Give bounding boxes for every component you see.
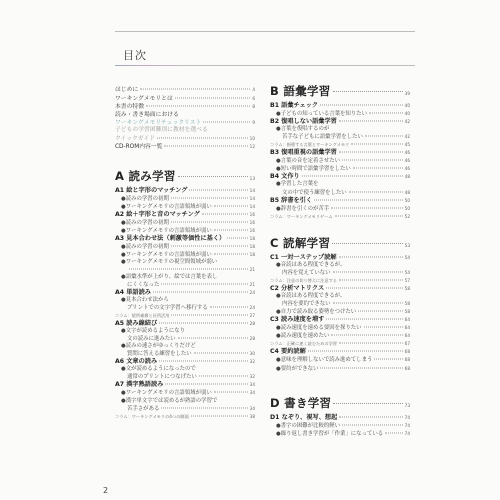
leader-dots: [191, 415, 248, 416]
leader-dots: [302, 176, 403, 177]
entry-label-line2: 苦手さがある: [127, 406, 159, 413]
column-note-entry[interactable]: コラム：般所補償と長所活用27: [115, 312, 255, 320]
topic-entry[interactable]: ●意味を理解しないで読み進めてしまう68: [270, 356, 410, 364]
leader-dots: [178, 337, 248, 338]
section-entry[interactable]: A5 読み線結び28: [115, 320, 255, 328]
section-entry[interactable]: B1 語彙チェック40: [270, 102, 410, 110]
entry-page: 74: [405, 422, 410, 429]
entry-page: 64: [405, 316, 410, 324]
leader-dots: [320, 367, 402, 368]
topic-entry[interactable]: ●ワーキングメモリの言語領域が弱い34: [115, 389, 255, 397]
leader-dots: [157, 137, 248, 138]
column-note-entry[interactable]: コラム：注意の切り替えに注意する57: [270, 277, 410, 285]
entry-page: 18: [250, 251, 255, 258]
section-entry[interactable]: A2 絵＋字形と音のマッチング16: [115, 211, 255, 219]
topic-entry[interactable]: ●言葉の音を定着させたい46: [270, 157, 410, 165]
leader-dots: [342, 160, 403, 161]
column-note-entry[interactable]: コラム：ワーキングメモリの4つの側面38: [115, 413, 255, 421]
entry-page: 58: [405, 300, 410, 307]
entry-page: 68: [405, 348, 410, 356]
toc-entry[interactable]: はじめに4: [115, 86, 255, 95]
entry-label: D1 なぞり、視写、想起: [270, 414, 337, 422]
entry-label: コラム：注意の切り替えに注意する: [270, 277, 337, 285]
leader-dots: [353, 168, 403, 169]
entry-label-line2: 文の読みに進みたい: [127, 336, 176, 343]
entry-label: B1 語彙チェック: [270, 102, 318, 110]
part-heading-c[interactable]: C 読解学習53: [270, 235, 410, 251]
entry-label-line2: 内容を覚えていない: [282, 270, 331, 277]
part-page: 73: [405, 403, 410, 408]
leader-dots: [199, 376, 248, 377]
entry-page: 54: [405, 269, 410, 276]
topic-entry[interactable]: ●ワーキングメモリの言語領域が弱い16: [115, 227, 255, 235]
topic-entry[interactable]: ●ワーキングメモリの言語領域が弱い14: [115, 203, 255, 211]
entry-label: ●学習した言葉を: [276, 181, 318, 188]
section-entry[interactable]: A7 漢字熟語読み34: [115, 381, 255, 389]
entry-page: 46: [405, 149, 410, 157]
leader-dots: [171, 197, 248, 198]
topic-entry[interactable]: ●読みの学習の初期16: [115, 219, 255, 227]
part-b-items: B1 語彙チェック40●子どもの知っている言葉を知りたい40B2 復唱しない語彙…: [270, 102, 410, 221]
entry-page: 34: [250, 405, 255, 412]
section-entry[interactable]: C1 一対一ステップ読解54: [270, 254, 410, 262]
entry-page: 50: [405, 197, 410, 205]
leader-dots: [369, 113, 403, 114]
topic-entry[interactable]: ●文が読めるようになったので通常のプリントにつなげたい32: [115, 366, 255, 381]
part-label: B 語彙学習: [270, 83, 331, 99]
entry-label: ●読み速度を速める要因を探りたい: [276, 325, 362, 332]
entry-page: 40: [405, 102, 410, 110]
entry-page: 54: [405, 254, 410, 262]
entry-label: ●音読はある程度できるが、: [276, 293, 345, 300]
entry-page: 8: [252, 103, 255, 111]
leader-dots: [335, 215, 403, 216]
leader-dots: [326, 287, 403, 288]
entry-label: 読み・書き場面における: [115, 112, 255, 119]
entry-page: 32: [250, 358, 255, 366]
part-label: D 書き学習: [270, 395, 331, 411]
leader-dots: [161, 407, 247, 408]
part-heading-d[interactable]: D 書き学習73: [270, 395, 410, 411]
toc-right-column: B 語彙学習39 B1 語彙チェック40●子どもの知っている言葉を知りたい40B…: [270, 83, 410, 438]
topic-entry[interactable]: ●文字が読めるようになり文の読みに進みたい28: [115, 328, 255, 343]
entry-label: 本書の特徴: [115, 104, 144, 112]
leader-dots: [331, 207, 402, 208]
topic-entry[interactable]: ●学習した言葉を文の中で使う練習をしたい48: [270, 181, 410, 196]
entry-label-line2: 苦手な子どもに語彙学習をしたい: [282, 134, 363, 141]
leader-dots: [146, 106, 250, 107]
topic-entry[interactable]: ●見本合わせ法からプリントでの文字学習へ移行する24: [115, 297, 255, 312]
entry-page: 16: [250, 227, 255, 234]
entry-label-line2: 文の中で使う練習をしたい: [282, 190, 347, 197]
leader-dots: [339, 256, 403, 257]
entry-page: 6: [252, 95, 255, 103]
entry-page: 9: [252, 119, 255, 127]
leader-dots: [320, 105, 403, 106]
leader-dots: [333, 91, 403, 92]
entry-label: コラム：般所補償と長所活用: [115, 312, 169, 320]
topic-entry[interactable]: ●読み速度を速めたい64: [270, 332, 410, 340]
leader-dots: [342, 424, 403, 425]
leader-dots: [333, 303, 403, 304]
entry-label: ●書字の困難が比較的軽い: [276, 423, 340, 430]
entry-page: 45: [405, 141, 410, 149]
entry-label: ●ワーキングメモリの言語領域が弱い: [121, 390, 212, 397]
entry-label: ●読みの速さがゆっくりだけど: [121, 343, 196, 350]
entry-page: 18: [250, 235, 255, 243]
topic-entry[interactable]: ●要約ができない68: [270, 365, 410, 373]
entry-label: ●音読はある程度できるが、: [276, 262, 345, 269]
part-page: 39: [405, 91, 410, 96]
entry-label-line2: クイックガイド: [115, 136, 155, 144]
entry-label: A4 単語読み: [115, 289, 151, 297]
part-label: C 読解学習: [270, 235, 330, 251]
entry-label: A5 読み線結び: [115, 320, 157, 328]
entry-page: 48: [405, 173, 410, 181]
entry-page: 18: [250, 243, 255, 250]
part-heading-a[interactable]: A 読み学習13: [115, 168, 255, 184]
entry-label: C1 一対一ステップ読解: [270, 254, 337, 262]
leader-dots: [210, 306, 248, 307]
entry-page: 57: [405, 277, 410, 285]
entry-label: ●読みの学習の初期: [121, 220, 169, 227]
entry-page: 16: [250, 219, 255, 226]
page-number: 2: [103, 486, 108, 495]
toc-entry[interactable]: CD-ROM内容一覧12: [115, 143, 255, 152]
topic-entry[interactable]: ●繰り返し書き学習が「作業」になっている74: [270, 430, 410, 438]
leader-dots: [385, 432, 403, 433]
entry-page: 28: [250, 320, 255, 328]
toc-left-column: はじめに4 ワーキングメモリとは6 本書の特徴8 読み・書き場面における ワーキ…: [115, 86, 255, 421]
entry-label: ●ワーキングメモリの言語領域が弱い: [121, 204, 212, 211]
entry-page: 46: [405, 157, 410, 164]
topic-entry[interactable]: ●読みの速さがゆっくりだけど質問に答える練習をしたい30: [115, 343, 255, 358]
topic-entry[interactable]: ●辞書を引くのが苦手50: [270, 205, 410, 213]
entry-label: A1 絵と字形のマッチング: [115, 187, 187, 195]
entry-page: 21: [250, 281, 255, 288]
entry-label: A2 絵＋字形と音のマッチング: [115, 211, 200, 219]
entry-label: コラム：ワーキングメモリの4つの側面: [115, 413, 189, 421]
section-entry[interactable]: C3 読み速度を増す64: [270, 316, 410, 324]
leader-dots: [171, 246, 248, 247]
entry-page: 58: [405, 308, 410, 315]
leader-dots: [227, 238, 247, 239]
topic-entry[interactable]: ●語彙水準が上がり、絵では言葉を表しにくくなった21: [115, 274, 255, 289]
leader-dots: [194, 353, 248, 354]
entry-page: 68: [405, 365, 410, 372]
leader-dots: [314, 199, 403, 200]
part-label: A 読み学習: [115, 168, 176, 184]
entry-page: 27: [250, 312, 255, 320]
leader-dots: [171, 314, 247, 315]
entry-page: 40: [405, 110, 410, 117]
leader-dots: [214, 230, 248, 231]
leader-dots: [339, 121, 403, 122]
section-entry[interactable]: D1 なぞり、視写、想起74: [270, 414, 410, 422]
leader-dots: [129, 269, 248, 270]
entry-label: はじめに: [115, 87, 138, 95]
entry-page: 42: [405, 118, 410, 126]
part-page: 53: [405, 243, 410, 248]
section-entry[interactable]: A3 見本合わせ法（刺激等価性に基く）18: [115, 235, 255, 243]
entry-page: 10: [250, 135, 255, 143]
toc-entry[interactable]: 本書の特徴8: [115, 103, 255, 112]
entry-page: 14: [250, 203, 255, 210]
topic-entry[interactable]: ●音読はある程度できるが、内容を要約できない58: [270, 293, 410, 308]
entry-label: B3 復唱重視の語彙学習: [270, 149, 337, 157]
entry-label: コラム：ワーキングメモリゲーム: [270, 213, 333, 221]
entry-label: ●見本合わせ法から: [121, 297, 169, 304]
leader-dots: [175, 97, 251, 98]
leader-dots: [159, 361, 247, 362]
entry-page: 16: [250, 211, 255, 219]
entry-label: ●辞書を引くのが苦手: [276, 206, 329, 213]
leader-dots: [333, 271, 403, 272]
section-entry[interactable]: B3 復唱重視の語彙学習46: [270, 149, 410, 157]
entry-page: 46: [405, 165, 410, 172]
entry-page: 14: [250, 195, 255, 202]
entry-label: ●言葉の音を定着させたい: [276, 158, 340, 165]
leader-dots: [189, 189, 247, 190]
section-entry[interactable]: C2 分析マトリクス58: [270, 285, 410, 293]
part-a-items: A1 絵と字形のマッチング14●読みの学習の初期14●ワーキングメモリの言語領域…: [115, 187, 255, 421]
leader-dots: [339, 343, 403, 344]
leader-dots: [339, 152, 403, 153]
leader-dots: [153, 291, 248, 292]
entry-page: 28: [250, 335, 255, 342]
entry-page: 34: [250, 381, 255, 389]
part-d-items: D1 なぞり、視写、想起74●書字の困難が比較的軽い74●繰り返し書き学習が「作…: [270, 414, 410, 438]
leader-dots: [364, 327, 403, 328]
entry-page: 14: [250, 187, 255, 195]
entry-page: 52: [405, 213, 410, 221]
entry-label: B5 辞書を引く: [270, 197, 312, 205]
leader-dots: [178, 176, 248, 177]
entry-label: ワーキングメモリとは: [115, 96, 173, 104]
toc-entry[interactable]: 子どもの学習困難別に教材を選べる クイックガイド10: [115, 127, 255, 143]
part-c-items: C1 一対一ステップ読解54●音読はある程度できるが、内容を覚えていない54コラ…: [270, 254, 410, 373]
leader-dots: [140, 89, 250, 90]
leader-dots: [374, 359, 402, 360]
leader-dots: [161, 283, 247, 284]
leader-dots: [331, 335, 402, 336]
entry-label: 子どもの学習困難別に教材を選べる: [115, 127, 255, 134]
entry-label: ●読み速度を速めたい: [276, 333, 329, 340]
topic-entry[interactable]: ●音読はある程度できるが、内容を覚えていない54: [270, 262, 410, 277]
entry-label: ●意味を理解しないで読み進めてしまう: [276, 357, 372, 364]
toc-entry[interactable]: 読み・書き場面における ワーキングメモリチェックリスト9: [115, 112, 255, 128]
part-heading-b[interactable]: B 語彙学習39: [270, 83, 410, 99]
leader-dots: [333, 403, 402, 404]
topic-entry[interactable]: ●自力で読み取る姿勢をつけたい58: [270, 308, 410, 316]
leader-dots: [349, 191, 403, 192]
entry-label: ●文字が読めるようになり: [121, 328, 185, 335]
leader-dots: [171, 221, 248, 222]
section-entry[interactable]: B2 復唱しない語彙学習42: [270, 118, 410, 126]
leader-dots: [339, 279, 403, 280]
entry-label: A7 漢字熟語読み: [115, 381, 163, 389]
leader-dots: [326, 319, 402, 320]
entry-label: CD-ROM内容一覧: [115, 144, 162, 152]
entry-page: 32: [250, 373, 255, 380]
leader-dots: [202, 213, 248, 214]
entry-page: 24: [250, 304, 255, 311]
entry-label: ●読みの学習の初期: [121, 196, 169, 203]
section-entry[interactable]: A4 単語読み24: [115, 289, 255, 297]
entry-label: ●ワーキングメモリの視空間領域が弱い: [121, 259, 217, 266]
entry-label-line2: 内容を要約できない: [282, 301, 331, 308]
entry-page: 34: [250, 389, 255, 396]
topic-entry[interactable]: ●読みの学習の初期18: [115, 243, 255, 251]
entry-page: 4: [252, 86, 255, 94]
entry-label: A3 見本合わせ法（刺激等価性に基く）: [115, 235, 225, 243]
leader-dots: [308, 351, 403, 352]
entry-page: 74: [405, 430, 410, 437]
toc-page: 目次 はじめに4 ワーキングメモリとは6 本書の特徴8 読み・書き場面における …: [0, 0, 500, 500]
entry-label-line2: にくくなった: [127, 282, 159, 289]
topic-entry[interactable]: ●読み速度を速める要因を探りたい64: [270, 324, 410, 332]
topic-entry[interactable]: ●漢字単文字では読めるが熟語の学習で苦手さがある34: [115, 398, 255, 413]
entry-page: 38: [250, 413, 255, 421]
leader-dots: [358, 311, 402, 312]
entry-label: ●語彙水準が上がり、絵では言葉を表し: [121, 274, 217, 281]
topic-entry[interactable]: ●子どもの知っている言葉を知りたい40: [270, 110, 410, 118]
entry-label: ●読みの学習の初期: [121, 244, 169, 251]
entry-page: 21: [250, 266, 255, 273]
intro-section: はじめに4 ワーキングメモリとは6 本書の特徴8 読み・書き場面における ワーキ…: [115, 86, 255, 152]
entry-label-line2: プリントでの文字学習へ移行する: [127, 305, 208, 312]
entry-page: 68: [405, 356, 410, 363]
leader-dots: [365, 136, 403, 137]
leader-dots: [203, 121, 250, 122]
entry-label: C2 分析マトリクス: [270, 285, 324, 293]
entry-label: B2 復唱しない語彙学習: [270, 118, 337, 126]
entry-page: 74: [405, 414, 410, 422]
entry-label: ●要約ができない: [276, 366, 318, 373]
leader-dots: [214, 205, 248, 206]
page-title: 目次: [123, 47, 147, 63]
part-page: 13: [250, 176, 255, 181]
title-rule: [115, 65, 415, 66]
entry-page: 48: [405, 189, 410, 196]
entry-page: 64: [405, 324, 410, 331]
section-entry[interactable]: B5 辞書を引く50: [270, 197, 410, 205]
leader-dots: [332, 243, 402, 244]
toc-entry[interactable]: ワーキングメモリとは6: [115, 95, 255, 104]
leader-dots: [214, 254, 248, 255]
entry-page: 58: [405, 285, 410, 293]
topic-entry[interactable]: ●読みの学習の初期14: [115, 195, 255, 203]
entry-label: ●言葉を復唱するのが: [276, 126, 329, 133]
entry-page: 12: [250, 143, 255, 151]
entry-label: ●文が読めるようになったので: [121, 366, 196, 373]
entry-page: 24: [250, 289, 255, 297]
entry-page: 64: [405, 332, 410, 339]
topic-entry[interactable]: ●言葉を復唱するのが苦手な子どもに語彙学習をしたい42: [270, 126, 410, 141]
entry-label: ●漢字単文字では読めるが熟語の学習で: [121, 398, 217, 405]
leader-dots: [164, 146, 247, 147]
leader-dots: [351, 144, 402, 145]
leader-dots: [159, 322, 247, 323]
section-entry[interactable]: A1 絵と字形のマッチング14: [115, 187, 255, 195]
leader-dots: [214, 392, 248, 393]
topic-entry[interactable]: ●書字の困難が比較的軽い74: [270, 422, 410, 430]
entry-label: C4 要約読解: [270, 348, 306, 356]
leader-dots: [165, 384, 247, 385]
section-entry[interactable]: C4 要約読解68: [270, 348, 410, 356]
column-note-entry[interactable]: コラム：ワーキングメモリゲーム52: [270, 213, 410, 221]
entry-page: 30: [250, 350, 255, 357]
leader-dots: [339, 416, 402, 417]
entry-page: 42: [405, 133, 410, 140]
entry-label: C3 読み速度を増す: [270, 316, 324, 324]
entry-label: ●繰り返し書き学習が「作業」になっている: [276, 431, 383, 438]
top-rule: [115, 31, 415, 32]
topic-entry[interactable]: ●ワーキングメモリの視空間領域が弱い21: [115, 259, 255, 273]
entry-page: 67: [405, 340, 410, 348]
entry-page: 50: [405, 205, 410, 212]
